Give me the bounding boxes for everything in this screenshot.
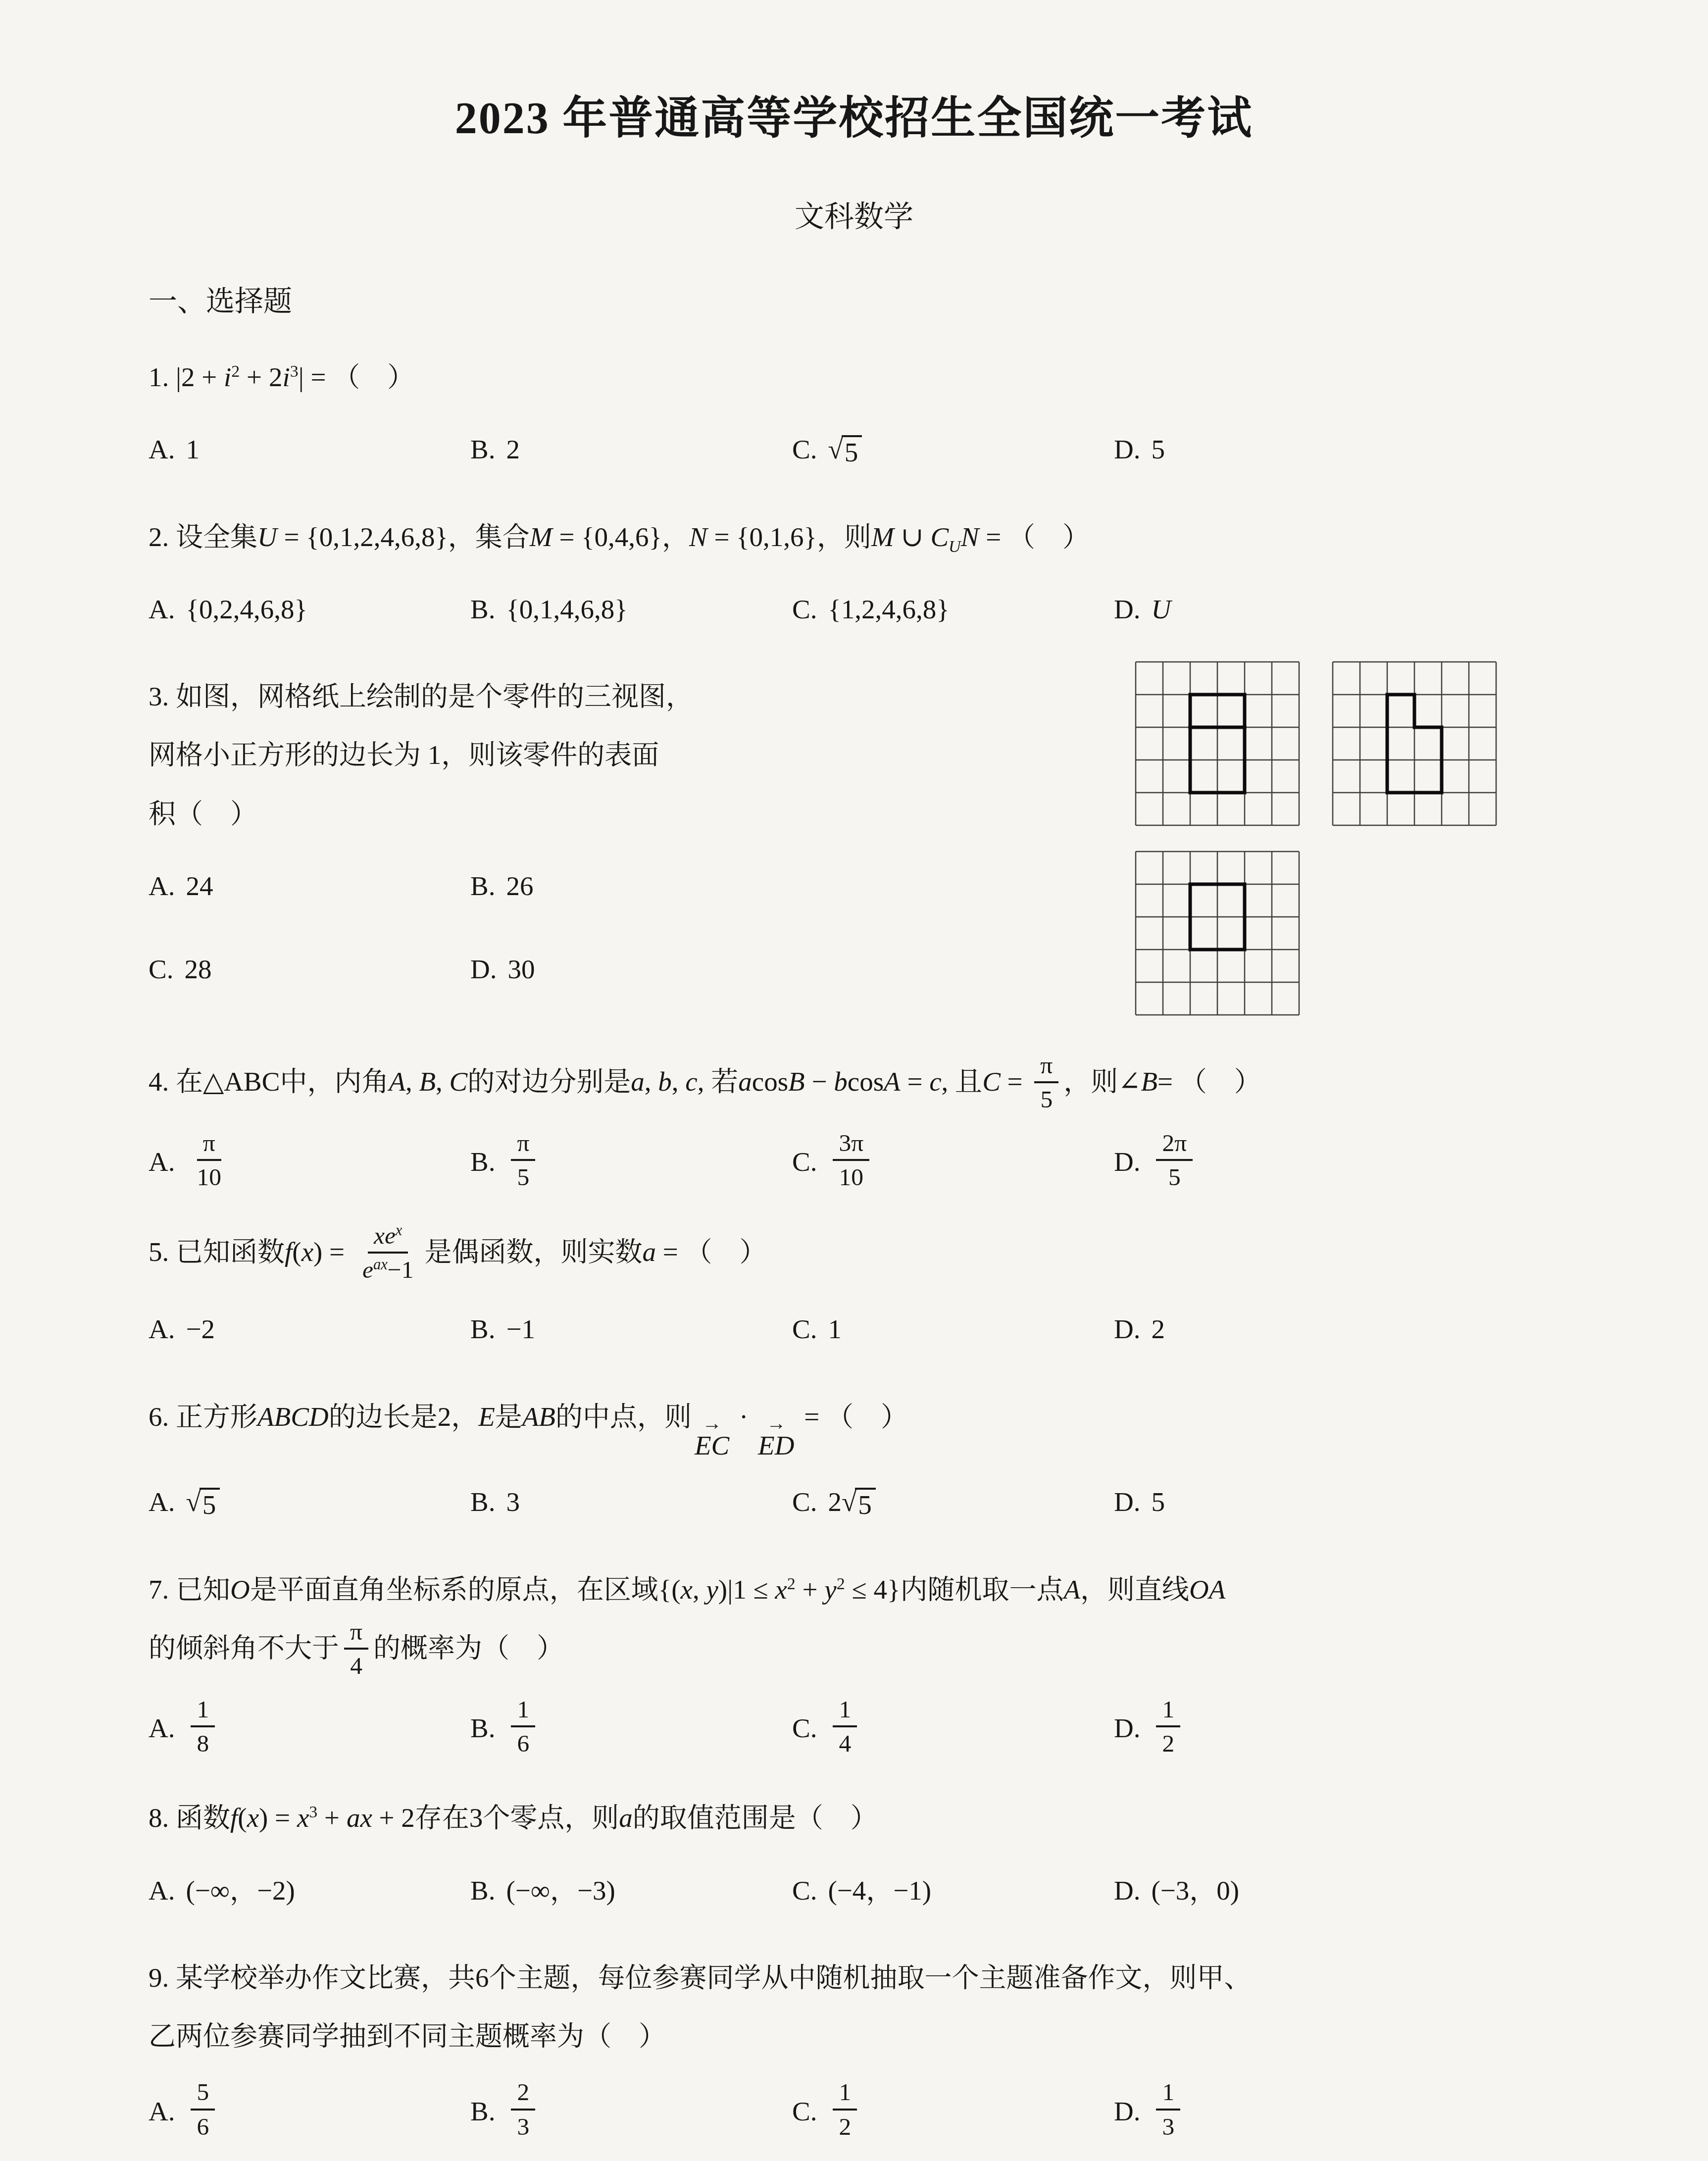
option-label: D. [1114, 2082, 1140, 2141]
option-value: 12 [828, 2079, 862, 2143]
fraction: π5 [511, 1128, 535, 1192]
radical-sign: √ [186, 1488, 201, 1516]
option-label: A. [149, 2082, 175, 2141]
math-var: AB [522, 1402, 555, 1432]
option-label: D. [470, 940, 497, 999]
exam-page: { "page": { "title": "2023 年普通高等学校招生全国统一… [0, 0, 1708, 2161]
option-label: B. [470, 580, 495, 639]
radicand: 5 [855, 1488, 876, 1519]
math-var: e [362, 1256, 373, 1283]
math-var: N [689, 522, 707, 552]
fraction-denominator: 5 [1034, 1083, 1058, 1114]
math-var: y [706, 1574, 718, 1605]
math-var: b [658, 1066, 672, 1097]
option-d: D.5 [1114, 1473, 1436, 1531]
option-d: D.(−3，0) [1114, 1861, 1436, 1920]
option-value: 2 [1151, 1300, 1165, 1358]
question-5: 5. 已知函数f(x) = xexeax−1是偶函数，则实数a = （ ）A.−… [149, 1223, 1559, 1359]
option-a: A.18 [149, 1697, 470, 1760]
fraction-denominator: 3 [1156, 2111, 1180, 2141]
math-var: M [871, 522, 894, 552]
option-value: (−3，0) [1151, 1861, 1239, 1920]
fraction-numerator: π [511, 1128, 535, 1161]
question-stem-line: 5. 已知函数f(x) = xexeax−1是偶函数，则实数a = （ ） [149, 1223, 1559, 1287]
option-a: A.(−∞，−2) [149, 1861, 470, 1920]
option-label: B. [470, 1300, 495, 1358]
question-stem-line: 的倾斜角不大于π4的概率为（ ） [149, 1619, 1559, 1683]
option-b: B.{0,1,4,6,8} [470, 580, 792, 639]
option-group: A.1B.2C.√5D.5 [149, 420, 1559, 479]
section-heading: 一、选择题 [149, 278, 1559, 319]
option-c: C.√5 [792, 420, 1114, 479]
option-a: A.−2 [149, 1300, 470, 1358]
math-var: ax [373, 1256, 388, 1272]
superscript: 3 [290, 362, 299, 381]
option-value: √5 [186, 1473, 220, 1531]
option-c: C.3π10 [792, 1130, 1114, 1194]
fraction: 23 [511, 2077, 535, 2141]
question-8: 8. 函数f(x) = x3 + ax + 2存在3个零点，则a的取值范围是（ … [149, 1789, 1559, 1920]
option-value: 26 [506, 857, 533, 915]
math-var: C [930, 522, 949, 552]
option-label: C. [792, 1473, 817, 1531]
option-value: 5 [1151, 420, 1165, 479]
math-var: c [929, 1066, 941, 1097]
option-value: {0,2,4,6,8} [186, 580, 307, 639]
option-c: C.14 [792, 1697, 1114, 1760]
math-var: B [1141, 1066, 1157, 1097]
option-b: B.π5 [470, 1130, 792, 1194]
square-root: √5 [186, 1488, 220, 1519]
fraction-numerator: π [1034, 1051, 1058, 1083]
superscript: 2 [231, 362, 240, 381]
math-var: C [450, 1066, 468, 1097]
radical-sign: √ [828, 435, 843, 464]
question-2: 2. 设全集U = {0,1,2,4,6,8}，集合M = {0,4,6}，N … [149, 508, 1559, 639]
option-group: A.(−∞，−2)B.(−∞，−3)C.(−4，−1)D.(−3，0) [149, 1861, 1559, 1920]
math-var: i [224, 362, 231, 392]
fraction-numerator: π [344, 1617, 368, 1650]
question-9: 9. 某学校举办作文比赛，共6个主题，每位参赛同学从中随机抽取一个主题准备作文，… [149, 1949, 1559, 2143]
fraction-numerator: 5 [191, 2077, 215, 2110]
option-label: D. [1114, 1699, 1140, 1758]
option-label: C. [149, 940, 173, 999]
fraction: 14 [833, 1695, 857, 1759]
top-view-grid [1134, 850, 1301, 1017]
superscript: 2 [787, 1574, 796, 1593]
side-view-grid [1331, 660, 1498, 827]
fraction-denominator: 4 [833, 1727, 857, 1758]
math-var: xe [374, 1222, 396, 1249]
fraction: 18 [191, 1695, 215, 1759]
option-label: D. [1114, 1133, 1140, 1191]
superscript: 3 [309, 1803, 317, 1821]
option-d: D.U [1114, 580, 1436, 639]
option-b: B.3 [470, 1473, 792, 1531]
math-var: A [1063, 1574, 1080, 1605]
math-var: B [419, 1066, 436, 1097]
option-a: A.56 [149, 2079, 470, 2143]
fraction-numerator: 1 [191, 1695, 215, 1727]
option-d: D.13 [1114, 2079, 1436, 2143]
option-c: C.12 [792, 2079, 1114, 2143]
option-value: 56 [186, 2079, 220, 2143]
question-1: 1. |2 + i2 + 2i3| = （ ）A.1B.2C.√5D.5 [149, 348, 1559, 479]
question-stem-line: 8. 函数f(x) = x3 + ax + 2存在3个零点，则a的取值范围是（ … [149, 1789, 1559, 1847]
front-view-grid [1134, 660, 1301, 827]
option-d: D.2 [1114, 1300, 1436, 1358]
fraction-denominator: 10 [191, 1161, 227, 1192]
math-var: A [884, 1066, 901, 1097]
option-b: B.2 [470, 420, 792, 479]
fraction-numerator: 1 [1156, 2077, 1180, 2110]
math-var: OA [1189, 1574, 1225, 1605]
option-a: A.{0,2,4,6,8} [149, 580, 470, 639]
question-stem-line: 9. 某学校举办作文比赛，共6个主题，每位参赛同学从中随机抽取一个主题准备作文，… [149, 1949, 1559, 2007]
option-value: π10 [186, 1130, 232, 1194]
superscript: ax [373, 1256, 388, 1272]
question-6: 6. 正方形ABCD的边长是2，E是AB的中点，则→EC · →ED = （ ）… [149, 1388, 1559, 1532]
option-label: A. [149, 580, 175, 639]
fraction-denominator: 6 [511, 1727, 535, 1758]
math-var: A [389, 1066, 405, 1097]
option-a: A.π10 [149, 1130, 470, 1194]
option-b: B.(−∞，−3) [470, 1861, 792, 1920]
fraction-denominator: 5 [511, 1161, 536, 1192]
option-label: A. [149, 1861, 175, 1920]
fraction-denominator: 10 [833, 1161, 870, 1192]
page-title: 2023 年普通高等学校招生全国统一考试 [149, 82, 1559, 146]
square-root: √5 [828, 435, 862, 467]
option-value: −1 [506, 1300, 535, 1358]
vector: →ED [758, 1418, 794, 1459]
option-value: π5 [506, 1130, 540, 1194]
option-value: 3 [506, 1473, 520, 1531]
option-d: D.30 [470, 940, 792, 999]
option-value: 14 [828, 1697, 862, 1760]
math-var: x [301, 1237, 313, 1267]
math-var: i [282, 362, 290, 392]
math-var: E [478, 1402, 495, 1432]
math-var: a [619, 1803, 633, 1833]
option-c: C.{1,2,4,6,8} [792, 580, 1114, 639]
option-label: C. [792, 420, 817, 479]
option-label: A. [149, 1473, 175, 1531]
vector: →EC [695, 1418, 729, 1459]
option-a: A.24 [149, 857, 470, 915]
fraction: 12 [1156, 1695, 1180, 1759]
fraction: π5 [1034, 1051, 1058, 1114]
superscript: 2 [837, 1574, 845, 1593]
fraction-denominator: 4 [344, 1650, 368, 1680]
question-stem-line: 1. |2 + i2 + 2i3| = （ ） [149, 348, 1559, 406]
fraction: xexeax−1 [356, 1221, 420, 1285]
math-var: M [530, 522, 553, 552]
math-var: U [257, 522, 277, 552]
math-var: a [631, 1066, 645, 1097]
math-var: x [775, 1574, 787, 1605]
math-var: O [230, 1574, 250, 1605]
option-label: A. [149, 1300, 175, 1358]
option-c: C.1 [792, 1300, 1114, 1358]
option-d: D.5 [1114, 420, 1436, 479]
option-group: A.56B.23C.12D.13 [149, 2079, 1559, 2143]
math-var: c [685, 1066, 697, 1097]
superscript: x [396, 1221, 402, 1238]
option-b: B.23 [470, 2079, 792, 2143]
option-value: 30 [507, 940, 535, 999]
option-value: 24 [186, 857, 213, 915]
option-label: D. [1114, 1473, 1140, 1531]
option-label: C. [792, 1699, 817, 1758]
option-value: 3π10 [828, 1130, 874, 1194]
math-var: a [643, 1237, 656, 1267]
fraction-denominator: 3 [511, 2111, 535, 2141]
option-label: C. [792, 580, 817, 639]
option-value: −2 [186, 1300, 215, 1358]
fraction: 13 [1156, 2077, 1180, 2141]
question-stem-line: 7. 已知O是平面直角坐标系的原点，在区域{(x, y)|1 ≤ x2 + y2… [149, 1560, 1559, 1619]
option-label: C. [792, 1861, 817, 1920]
option-label: B. [470, 1699, 495, 1758]
radicand: 5 [842, 435, 862, 467]
option-value: U [1151, 580, 1171, 639]
vector-arrow-icon: → [702, 1418, 722, 1432]
option-label: D. [1114, 580, 1140, 639]
option-label: B. [470, 857, 495, 915]
question-stem-line: 乙两位参赛同学抽到不同主题概率为（ ） [149, 2007, 1559, 2065]
option-b: B.−1 [470, 1300, 792, 1358]
math-var: x [247, 1803, 259, 1833]
option-value: (−∞，−2) [186, 1861, 295, 1920]
fraction: 16 [511, 1695, 535, 1759]
page-content: 2023 年普通高等学校招生全国统一考试 文科数学 一、选择题 1. |2 + … [0, 0, 1708, 2143]
vector-name: EC [695, 1432, 729, 1459]
question-7: 7. 已知O是平面直角坐标系的原点，在区域{(x, y)|1 ≤ x2 + y2… [149, 1560, 1559, 1760]
option-group: A.−2B.−1C.1D.2 [149, 1300, 1559, 1358]
question-list: 1. |2 + i2 + 2i3| = （ ）A.1B.2C.√5D.52. 设… [149, 348, 1559, 2143]
option-value: (−∞，−3) [506, 1861, 615, 1920]
option-label: D. [1114, 1861, 1140, 1920]
math-var: U [949, 538, 961, 556]
option-c: C.2√5 [792, 1473, 1114, 1531]
radical-sign: √ [842, 1488, 856, 1516]
option-c: C.28 [149, 940, 470, 999]
option-value: 23 [506, 2079, 540, 2143]
option-c: C.(−4，−1) [792, 1861, 1114, 1920]
option-label: C. [792, 1133, 817, 1191]
option-b: B.16 [470, 1697, 792, 1760]
fraction-numerator: 1 [511, 1695, 535, 1727]
math-var: b [834, 1066, 848, 1097]
question-4: 4. 在△ABC中，内角A, B, C的对边分别是a, b, c, 若acosB… [149, 1053, 1559, 1194]
option-value: 13 [1151, 2079, 1185, 2143]
option-label: A. [149, 420, 175, 479]
option-value: 18 [186, 1697, 220, 1760]
option-label: A. [149, 1699, 175, 1758]
option-group: A.√5B.3C.2√5D.5 [149, 1473, 1559, 1531]
option-value: {0,1,4,6,8} [506, 580, 627, 639]
fraction-numerator: 1 [1156, 1695, 1180, 1727]
fraction-numerator: 3π [833, 1128, 869, 1161]
question-stem-line: 4. 在△ABC中，内角A, B, C的对边分别是a, b, c, 若acosB… [149, 1053, 1559, 1116]
option-value: √5 [828, 420, 862, 479]
math-var: a [738, 1066, 752, 1097]
fraction-denominator: 8 [191, 1727, 215, 1758]
fraction-numerator: π [197, 1128, 221, 1161]
math-var: N [961, 522, 979, 552]
math-var: x [396, 1221, 402, 1238]
question-stem-line: 6. 正方形ABCD的边长是2，E是AB的中点，则→EC · →ED = （ ） [149, 1388, 1559, 1459]
fraction: 12 [833, 2077, 857, 2141]
option-label: C. [792, 2082, 817, 2141]
fraction-denominator: 6 [191, 2111, 215, 2141]
option-value: 5 [1151, 1473, 1165, 1531]
math-var: f [285, 1237, 292, 1267]
radicand: 5 [200, 1488, 220, 1519]
option-value: 1 [186, 420, 200, 479]
option-value: 28 [184, 940, 211, 999]
math-var: B [788, 1066, 805, 1097]
fraction: π4 [344, 1617, 368, 1681]
fraction-numerator: 1 [833, 2077, 857, 2110]
math-var: x [680, 1574, 692, 1605]
fraction-numerator: xex [368, 1221, 408, 1254]
fraction: 56 [191, 2077, 215, 2141]
option-b: B.26 [470, 857, 792, 915]
option-a: A.√5 [149, 1473, 470, 1531]
option-group: A.π10B.π5C.3π10D.2π5 [149, 1130, 1559, 1194]
option-label: C. [792, 1300, 817, 1358]
option-value: 2√5 [828, 1473, 875, 1531]
math-var: y [824, 1574, 836, 1605]
option-value: 12 [1151, 1697, 1185, 1760]
fraction-numerator: 1 [833, 1695, 857, 1727]
option-label: B. [470, 2082, 495, 2141]
fraction: 2π5 [1156, 1128, 1193, 1192]
option-group: A.18B.16C.14D.12 [149, 1697, 1559, 1760]
fraction-denominator: eax−1 [356, 1254, 420, 1284]
option-label: B. [470, 1133, 495, 1191]
option-a: A.1 [149, 420, 470, 479]
option-value: 1 [828, 1300, 842, 1358]
math-var: x [297, 1803, 309, 1833]
fraction-numerator: 2π [1156, 1128, 1193, 1161]
question-3: 3. 如图，网格纸上绘制的是个零件的三视图，网格小正方形的边长为 1，则该零件的… [149, 667, 1559, 1024]
fraction-denominator: 5 [1162, 1161, 1187, 1192]
vector-name: ED [758, 1432, 794, 1459]
page-subtitle: 文科数学 [149, 193, 1559, 236]
vector-arrow-icon: → [766, 1418, 786, 1432]
option-label: B. [470, 1861, 495, 1920]
math-var: ax [347, 1803, 372, 1833]
option-label: B. [470, 420, 495, 479]
option-label: D. [1114, 1300, 1140, 1358]
fraction: 3π10 [833, 1128, 869, 1192]
option-value: {1,2,4,6,8} [828, 580, 949, 639]
question-stem-line: 2. 设全集U = {0,1,2,4,6,8}，集合M = {0,4,6}，N … [149, 508, 1559, 566]
option-d: D.12 [1114, 1697, 1436, 1760]
option-group: A.{0,2,4,6,8}B.{0,1,4,6,8}C.{1,2,4,6,8}D… [149, 580, 1559, 639]
fraction-numerator: 2 [511, 2077, 535, 2110]
option-label: A. [149, 857, 175, 915]
fraction-denominator: 2 [833, 2111, 857, 2141]
fraction-denominator: 2 [1156, 1727, 1180, 1758]
math-var: U [1151, 594, 1171, 624]
math-var: ABCD [257, 1402, 329, 1432]
square-root: √5 [842, 1488, 876, 1519]
option-label: B. [470, 1473, 495, 1531]
option-d: D.2π5 [1114, 1130, 1436, 1194]
option-value: 2π5 [1151, 1130, 1198, 1194]
option-value: 2 [506, 420, 520, 479]
math-var: C [982, 1066, 1001, 1097]
three-view-figure [1134, 660, 1559, 1017]
three-view-bottom-row [1134, 850, 1559, 1017]
subscript: U [949, 538, 961, 556]
option-label: A. [149, 1133, 175, 1191]
option-value: (−4，−1) [828, 1861, 931, 1920]
three-view-top-row [1134, 660, 1559, 827]
math-var: f [230, 1803, 238, 1833]
option-label: D. [1114, 420, 1140, 479]
fraction: π10 [191, 1128, 227, 1192]
option-value: 16 [506, 1697, 540, 1760]
